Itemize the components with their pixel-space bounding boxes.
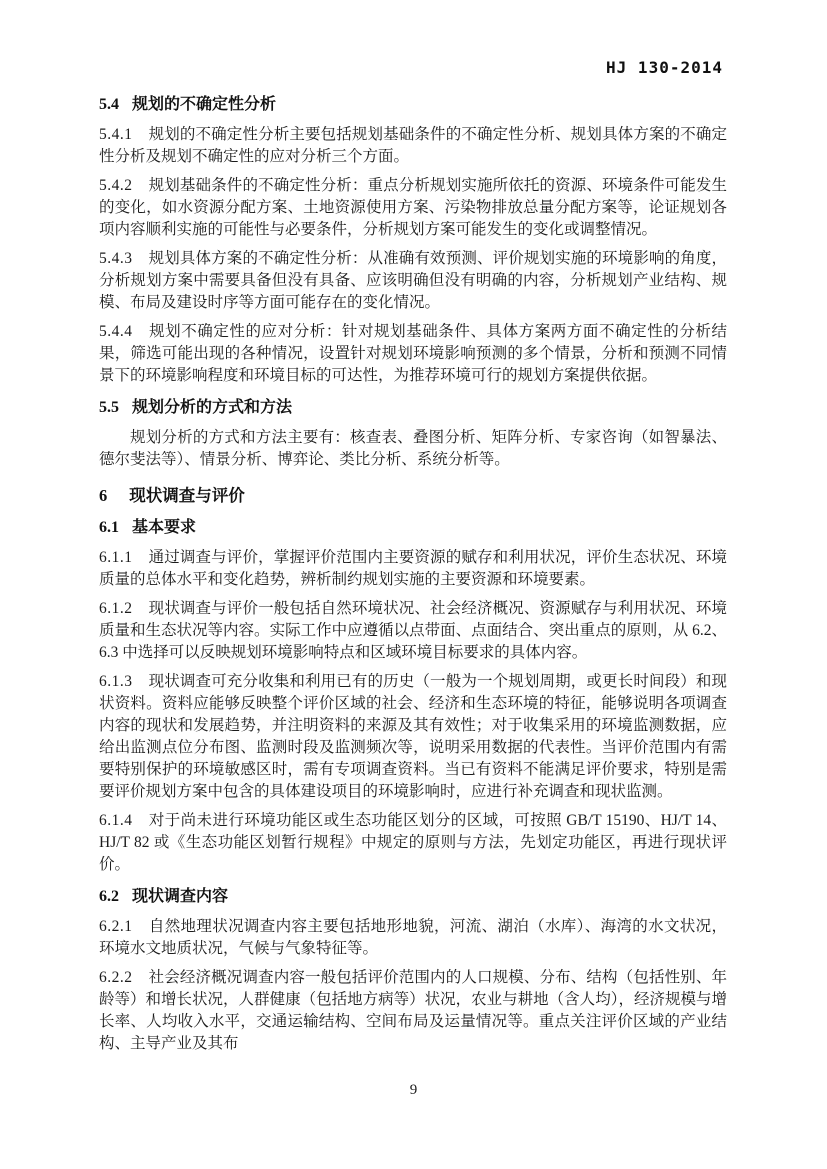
paragraph-5-5-intro: 规划分析的方式和方法主要有：核查表、叠图分析、矩阵分析、专家咨询（如智暴法、德尔… [99,427,727,471]
heading-title: 基本要求 [132,519,196,536]
paragraph-number: 5.4.2 [99,175,133,197]
paragraph-6-2-1: 6.2.1自然地理状况调查内容主要包括地形地貌，河流、湖泊（水库）、海湾的水文状… [99,916,727,960]
heading-title: 现状调查与评价 [129,487,245,505]
heading-number: 5.5 [99,397,119,419]
paragraph-text: 社会经济概况调查内容一般包括评价范围内的人口规模、分布、结构（包括性别、年龄等）… [99,969,727,1052]
paragraph-number: 6.2.1 [99,916,133,938]
document-page: HJ 130-2014 5.4规划的不确定性分析 5.4.1规划的不确定性分析主… [0,0,827,1169]
page-header: HJ 130-2014 [606,58,723,77]
section-heading-5-4: 5.4规划的不确定性分析 [99,94,727,116]
standard-code: HJ 130-2014 [606,58,723,77]
document-body: 5.4规划的不确定性分析 5.4.1规划的不确定性分析主要包括规划基础条件的不确… [99,94,727,1062]
paragraph-6-1-2: 6.1.2现状调查与评价一般包括自然环境状况、社会经济概况、资源赋存与利用状况、… [99,598,727,664]
paragraph-text: 规划基础条件的不确定性分析：重点分析规划实施所依托的资源、环境条件可能发生的变化… [99,177,727,238]
paragraph-number: 5.4.4 [99,321,133,343]
paragraph-text: 规划不确定性的应对分析：针对规划基础条件、具体方案两方面不确定性的分析结果，筛选… [99,323,727,384]
heading-title: 规划分析的方式和方法 [132,399,292,416]
paragraph-number: 6.1.3 [99,671,133,693]
paragraph-number: 6.1.1 [99,547,133,569]
section-heading-6-2: 6.2现状调查内容 [99,886,727,908]
paragraph-5-4-3: 5.4.3规划具体方案的不确定性分析：从准确有效预测、评价规划实施的环境影响的角… [99,248,727,314]
heading-title: 现状调查内容 [132,888,228,905]
page-footer: 9 [0,1082,827,1099]
paragraph-5-4-1: 5.4.1规划的不确定性分析主要包括规划基础条件的不确定性分析、规划具体方案的不… [99,124,727,168]
paragraph-6-1-3: 6.1.3现状调查可充分收集和利用已有的历史（一般为一个规划周期，或更长时间段）… [99,671,727,803]
heading-number: 5.4 [99,94,119,116]
paragraph-text: 规划具体方案的不确定性分析：从准确有效预测、评价规划实施的环境影响的角度，分析规… [99,250,727,311]
paragraph-number: 5.4.3 [99,248,133,270]
section-heading-6-1: 6.1基本要求 [99,517,727,539]
paragraph-6-1-4: 6.1.4对于尚未进行环境功能区或生态功能区划分的区域，可按照 GB/T 151… [99,810,727,876]
page-number: 9 [410,1082,418,1098]
paragraph-number: 6.1.4 [99,810,133,832]
paragraph-text: 对于尚未进行环境功能区或生态功能区划分的区域，可按照 GB/T 15190、HJ… [99,812,727,873]
paragraph-5-4-4: 5.4.4规划不确定性的应对分析：针对规划基础条件、具体方案两方面不确定性的分析… [99,321,727,387]
paragraph-number: 6.1.2 [99,598,133,620]
paragraph-text: 现状调查可充分收集和利用已有的历史（一般为一个规划周期，或更长时间段）和现状资料… [99,673,727,800]
paragraph-text: 规划的不确定性分析主要包括规划基础条件的不确定性分析、规划具体方案的不确定性分析… [99,126,727,165]
heading-number: 6.1 [99,517,119,539]
paragraph-number: 6.2.2 [99,967,133,989]
paragraph-6-2-2: 6.2.2社会经济概况调查内容一般包括评价范围内的人口规模、分布、结构（包括性别… [99,967,727,1055]
paragraph-5-4-2: 5.4.2规划基础条件的不确定性分析：重点分析规划实施所依托的资源、环境条件可能… [99,175,727,241]
chapter-heading-6: 6现状调查与评价 [99,485,727,507]
heading-number: 6 [99,485,107,507]
paragraph-6-1-1: 6.1.1通过调查与评价，掌握评价范围内主要资源的赋存和利用状况，评价生态状况、… [99,547,727,591]
paragraph-text: 规划分析的方式和方法主要有：核查表、叠图分析、矩阵分析、专家咨询（如智暴法、德尔… [99,429,727,468]
paragraph-text: 自然地理状况调查内容主要包括地形地貌，河流、湖泊（水库）、海湾的水文状况，环境水… [99,918,727,957]
paragraph-text: 通过调查与评价，掌握评价范围内主要资源的赋存和利用状况，评价生态状况、环境质量的… [99,549,727,588]
paragraph-text: 现状调查与评价一般包括自然环境状况、社会经济概况、资源赋存与利用状况、环境质量和… [99,600,727,661]
section-heading-5-5: 5.5规划分析的方式和方法 [99,397,727,419]
heading-title: 规划的不确定性分析 [132,96,276,113]
paragraph-number: 5.4.1 [99,124,133,146]
heading-number: 6.2 [99,886,119,908]
